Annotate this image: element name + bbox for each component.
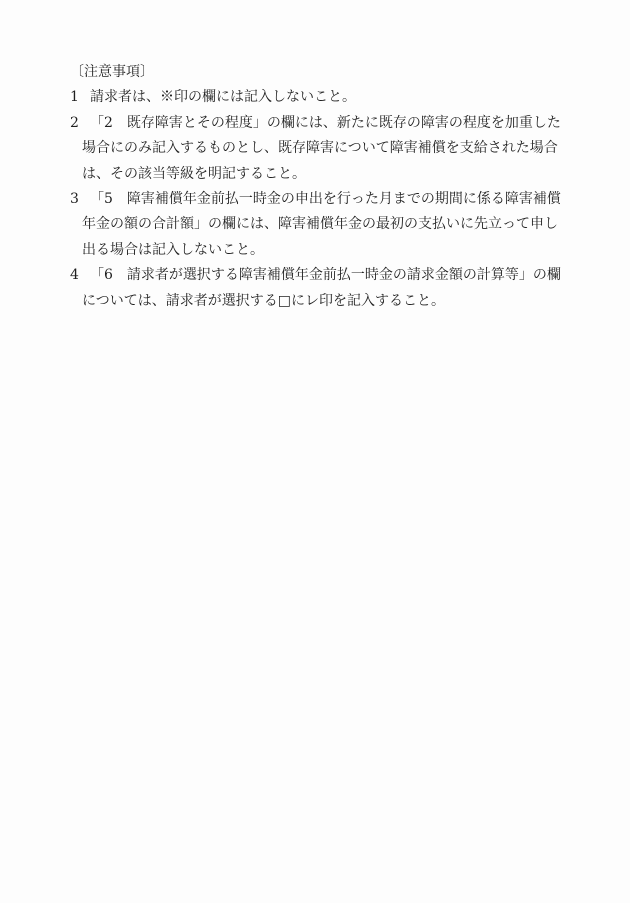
note-line: 年金の額の合計額」の欄には、障害補償年金の最初の支払いに先立って申し: [82, 212, 570, 237]
document-page: 〔注意事項〕 1 請求者は、※印の欄には記入しないこと。 2 「2 既存障害とそ…: [0, 0, 630, 903]
note-number: 2: [70, 111, 79, 136]
note-line: 「5 障害補償年金前払一時金の申出を行った月までの期間に係る障害補償: [82, 187, 570, 212]
note-number: 4: [70, 263, 79, 288]
note-line: は、その該当等級を明記すること。: [82, 162, 570, 187]
note-item-4: 4 「6 請求者が選択する障害補償年金前払一時金の請求金額の計算等」の欄 につい…: [70, 263, 570, 314]
note-item-2: 2 「2 既存障害とその程度」の欄には、新たに既存の障害の程度を加重した 場合に…: [70, 111, 570, 187]
note-line: 出る場合は記入しないこと。: [82, 238, 570, 263]
note-line: 「6 請求者が選択する障害補償年金前払一時金の請求金額の計算等」の欄: [82, 263, 570, 288]
note-number: 1: [70, 85, 79, 110]
note-item-3: 3 「5 障害補償年金前払一時金の申出を行った月までの期間に係る障害補償 年金の…: [70, 187, 570, 263]
notes-heading: 〔注意事項〕: [70, 60, 570, 85]
note-line: については、請求者が選択する□にレ印を記入すること。: [82, 289, 570, 314]
notes-section: 〔注意事項〕 1 請求者は、※印の欄には記入しないこと。 2 「2 既存障害とそ…: [70, 60, 570, 314]
note-line: 「2 既存障害とその程度」の欄には、新たに既存の障害の程度を加重した: [82, 111, 570, 136]
note-number: 3: [70, 187, 79, 212]
note-line: 請求者は、※印の欄には記入しないこと。: [82, 85, 570, 110]
note-item-1: 1 請求者は、※印の欄には記入しないこと。: [70, 85, 570, 110]
note-line: 場合にのみ記入するものとし、既存障害について障害補償を支給された場合: [82, 136, 570, 161]
